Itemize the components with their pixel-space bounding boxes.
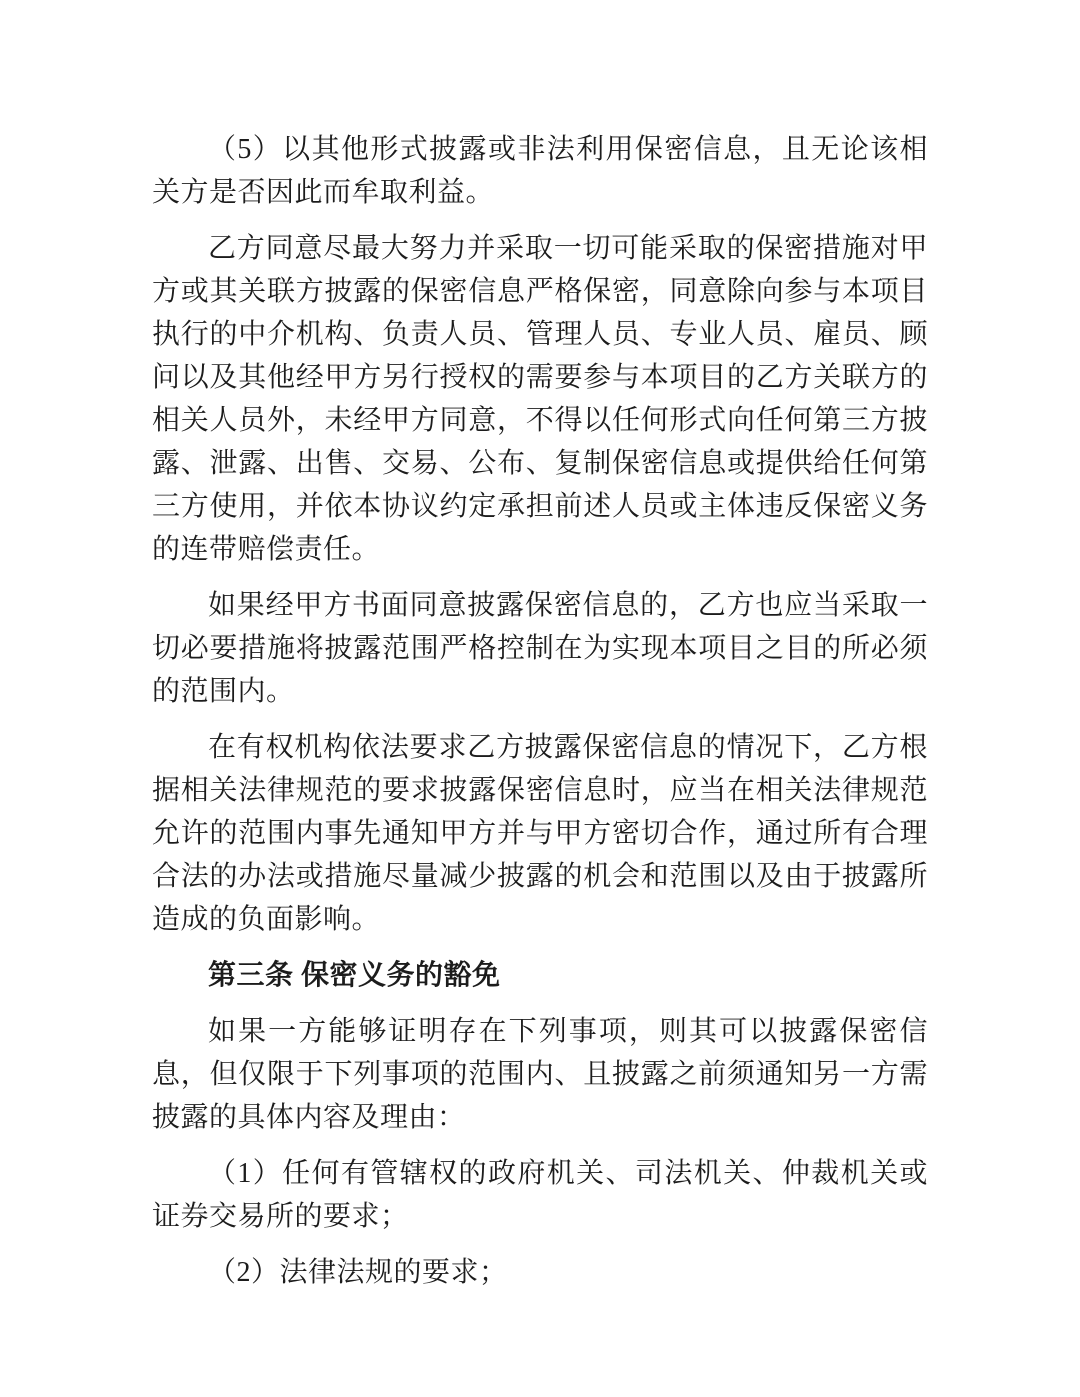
document-body: （5）以其他形式披露或非法利用保密信息，且无论该相关方是否因此而牟取利益。 乙方… (152, 128, 928, 1294)
paragraph-exemption-item-2: （2）法律法规的要求； (152, 1251, 928, 1294)
paragraph-party-b-obligation: 乙方同意尽最大努力并采取一切可能采取的保密措施对甲方或其关联方披露的保密信息严格… (152, 227, 928, 571)
paragraph-exemption-intro: 如果一方能够证明存在下列事项，则其可以披露保密信息，但仅限于下列事项的范围内、且… (152, 1010, 928, 1139)
paragraph-item-5: （5）以其他形式披露或非法利用保密信息，且无论该相关方是否因此而牟取利益。 (152, 128, 928, 214)
paragraph-written-consent: 如果经甲方书面同意披露保密信息的，乙方也应当采取一切必要措施将披露范围严格控制在… (152, 584, 928, 713)
document-page: （5）以其他形式披露或非法利用保密信息，且无论该相关方是否因此而牟取利益。 乙方… (0, 0, 1080, 1397)
paragraph-exemption-item-1: （1）任何有管辖权的政府机关、司法机关、仲裁机关或证券交易所的要求； (152, 1152, 928, 1238)
clause-heading-article-3: 第三条 保密义务的豁免 (152, 954, 928, 997)
paragraph-authority-disclosure: 在有权机构依法要求乙方披露保密信息的情况下，乙方根据相关法律规范的要求披露保密信… (152, 726, 928, 941)
